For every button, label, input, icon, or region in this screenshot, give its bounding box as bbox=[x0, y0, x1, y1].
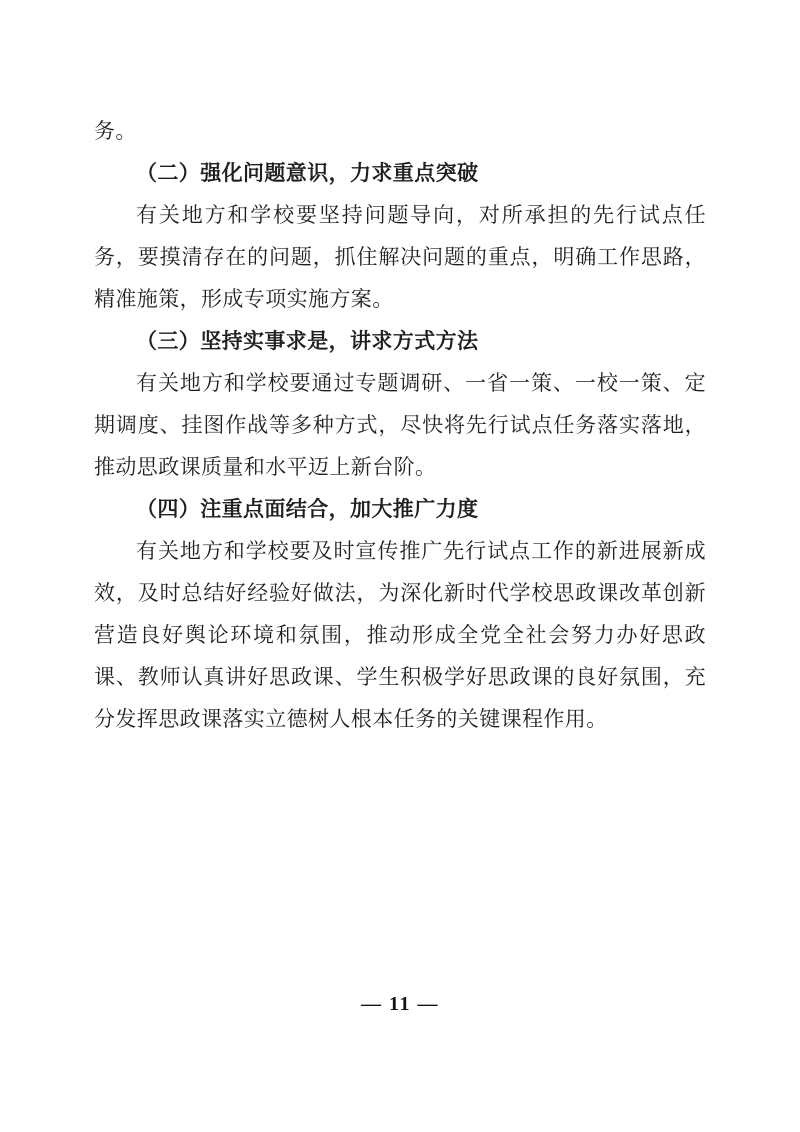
document-page: 务。 （二）强化问题意识，力求重点突破 有关地方和学校要坚持问题导向，对所承担的… bbox=[0, 0, 800, 1132]
section-heading-2: （二）强化问题意识，力求重点突破 bbox=[94, 152, 706, 194]
page-number: — 11 — bbox=[0, 993, 800, 1016]
paragraph-continuation: 务。 bbox=[94, 110, 706, 152]
section-3-paragraph: 有关地方和学校要通过专题调研、一省一策、一校一策、定期调度、挂图作战等多种方式，… bbox=[94, 362, 706, 488]
section-heading-3: （三）坚持实事求是，讲求方式方法 bbox=[94, 320, 706, 362]
section-heading-4: （四）注重点面结合，加大推广力度 bbox=[94, 488, 706, 530]
section-2-paragraph: 有关地方和学校要坚持问题导向，对所承担的先行试点任务，要摸清存在的问题，抓住解决… bbox=[94, 194, 706, 320]
document-body: 务。 （二）强化问题意识，力求重点突破 有关地方和学校要坚持问题导向，对所承担的… bbox=[94, 110, 706, 740]
section-4-paragraph: 有关地方和学校要及时宣传推广先行试点工作的新进展新成效，及时总结好经验好做法，为… bbox=[94, 530, 706, 740]
